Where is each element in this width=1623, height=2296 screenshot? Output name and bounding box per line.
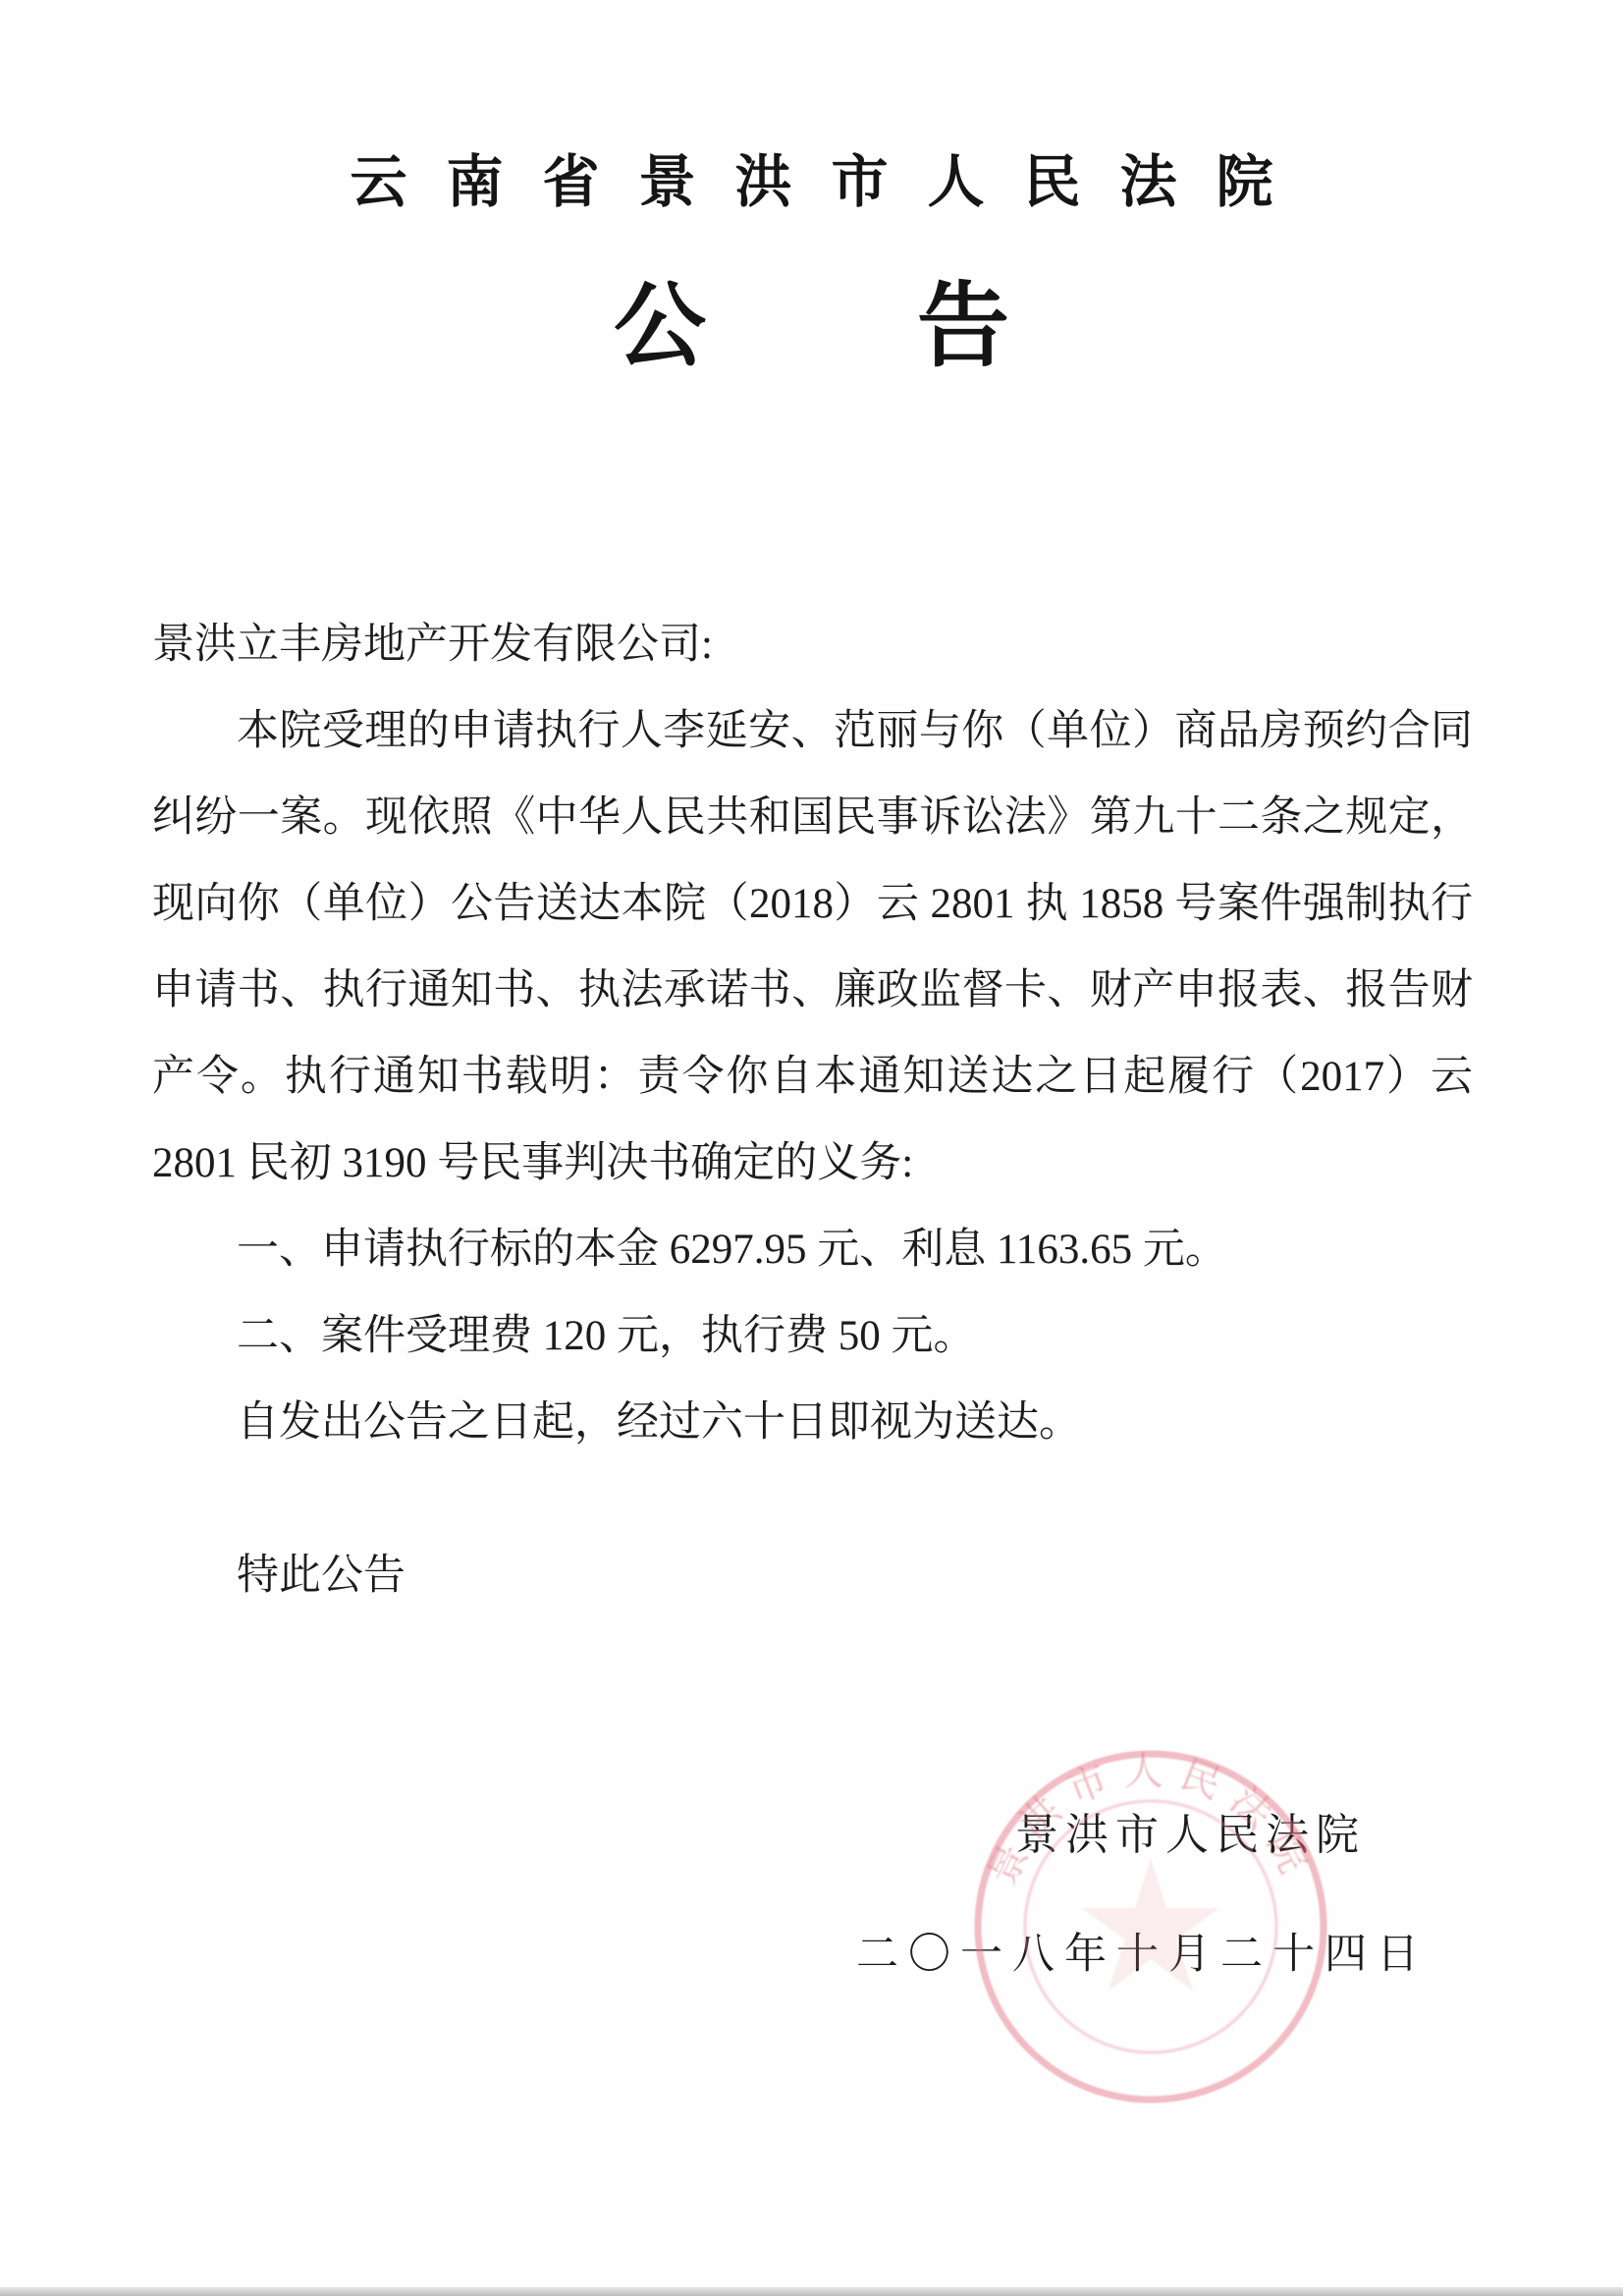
scan-edge-artifact bbox=[0, 2287, 1623, 2296]
court-header-title: 云南省景洪市人民法院 bbox=[0, 136, 1623, 218]
signature-court-name: 景洪市人民法院 bbox=[0, 1806, 1623, 1865]
signature-date: 二〇一八年十月二十四日 bbox=[0, 1926, 1623, 1985]
service-clause: 自发出公告之日起，经过六十日即视为送达。 bbox=[152, 1380, 1473, 1466]
court-notice-document: 云南省景洪市人民法院 公告 景洪立丰房地产开发有限公司: 本院受理的申请执行人李… bbox=[0, 0, 1623, 2296]
notice-title: 公告 bbox=[0, 251, 1623, 384]
main-paragraph: 本院受理的申请执行人李延安、范丽与你（单位）商品房预约合同纠纷一案。现依照《中华… bbox=[152, 688, 1473, 1207]
notice-body: 景洪立丰房地产开发有限公司: 本院受理的申请执行人李延安、范丽与你（单位）商品房… bbox=[152, 602, 1473, 1619]
obligation-item-1: 一、申请执行标的本金 6297.95 元、利息 1163.65 元。 bbox=[152, 1207, 1473, 1293]
closing-statement: 特此公告 bbox=[152, 1533, 1473, 1619]
obligation-item-2: 二、案件受理费 120 元，执行费 50 元。 bbox=[152, 1293, 1473, 1380]
addressee-salutation: 景洪立丰房地产开发有限公司: bbox=[152, 602, 1473, 688]
